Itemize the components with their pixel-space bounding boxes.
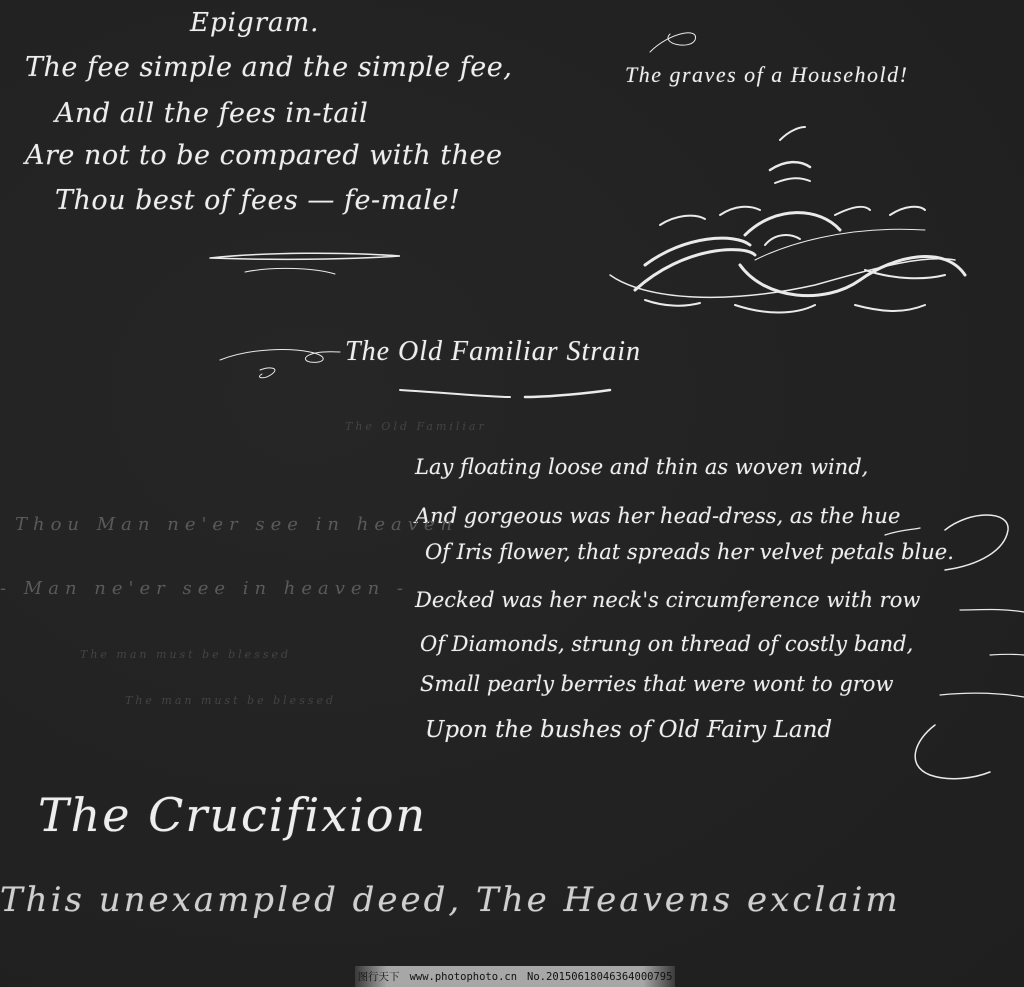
crucifixion-title: The Crucifixion	[38, 788, 427, 842]
poem-right-flourishes	[880, 500, 1024, 790]
graves-title: The graves of a Household!	[625, 62, 908, 88]
watermark-bar: 图行天下 www.photophoto.cn No.20150618046364…	[355, 966, 675, 987]
epigram-underline-flourish	[205, 250, 405, 280]
epigram-line: The fee simple and the simple fee,	[25, 52, 512, 83]
manuscript-page: Epigram. The fee simple and the simple f…	[0, 0, 1024, 987]
poem-line: Upon the bushes of Old Fairy Land	[425, 717, 832, 743]
faint-line: - Man ne'er see in heaven -	[0, 578, 409, 599]
poem-line: Lay floating loose and thin as woven win…	[415, 455, 868, 479]
faint-line: The man must be blessed	[125, 694, 336, 707]
faint-line: The Old Familiar	[345, 420, 487, 433]
title-underline-flourish	[390, 385, 620, 410]
epigram-line: And all the fees in-tail	[55, 98, 368, 129]
watermark-brand: 图行天下	[358, 969, 400, 984]
epigram-line: Are not to be compared with thee	[25, 140, 502, 171]
poem-line: And gorgeous was her head-dress, as the …	[415, 504, 900, 528]
graves-top-flourish	[630, 22, 710, 62]
strain-title: The Old Familiar Strain	[345, 336, 641, 368]
poem-line: Of Iris flower, that spreads her velvet …	[425, 540, 954, 564]
ornamental-flourish	[605, 115, 985, 305]
poem-line: Small pearly berries that were wont to g…	[420, 672, 893, 696]
title-left-flourish	[210, 340, 350, 390]
crucifixion-line: This unexampled deed, The Heavens exclai…	[0, 880, 901, 920]
poem-line: Of Diamonds, strung on thread of costly …	[420, 632, 913, 656]
watermark-id: No.20150618046364000795	[527, 971, 672, 983]
epigram-title: Epigram.	[190, 8, 319, 38]
poem-line: Decked was her neck's circumference with…	[415, 588, 920, 612]
faint-line: The man must be blessed	[80, 648, 291, 661]
epigram-line: Thou best of fees — fe-male!	[55, 185, 460, 216]
faint-line: Thou Man ne'er see in heaven	[15, 514, 458, 535]
watermark-url[interactable]: www.photophoto.cn	[410, 971, 517, 983]
